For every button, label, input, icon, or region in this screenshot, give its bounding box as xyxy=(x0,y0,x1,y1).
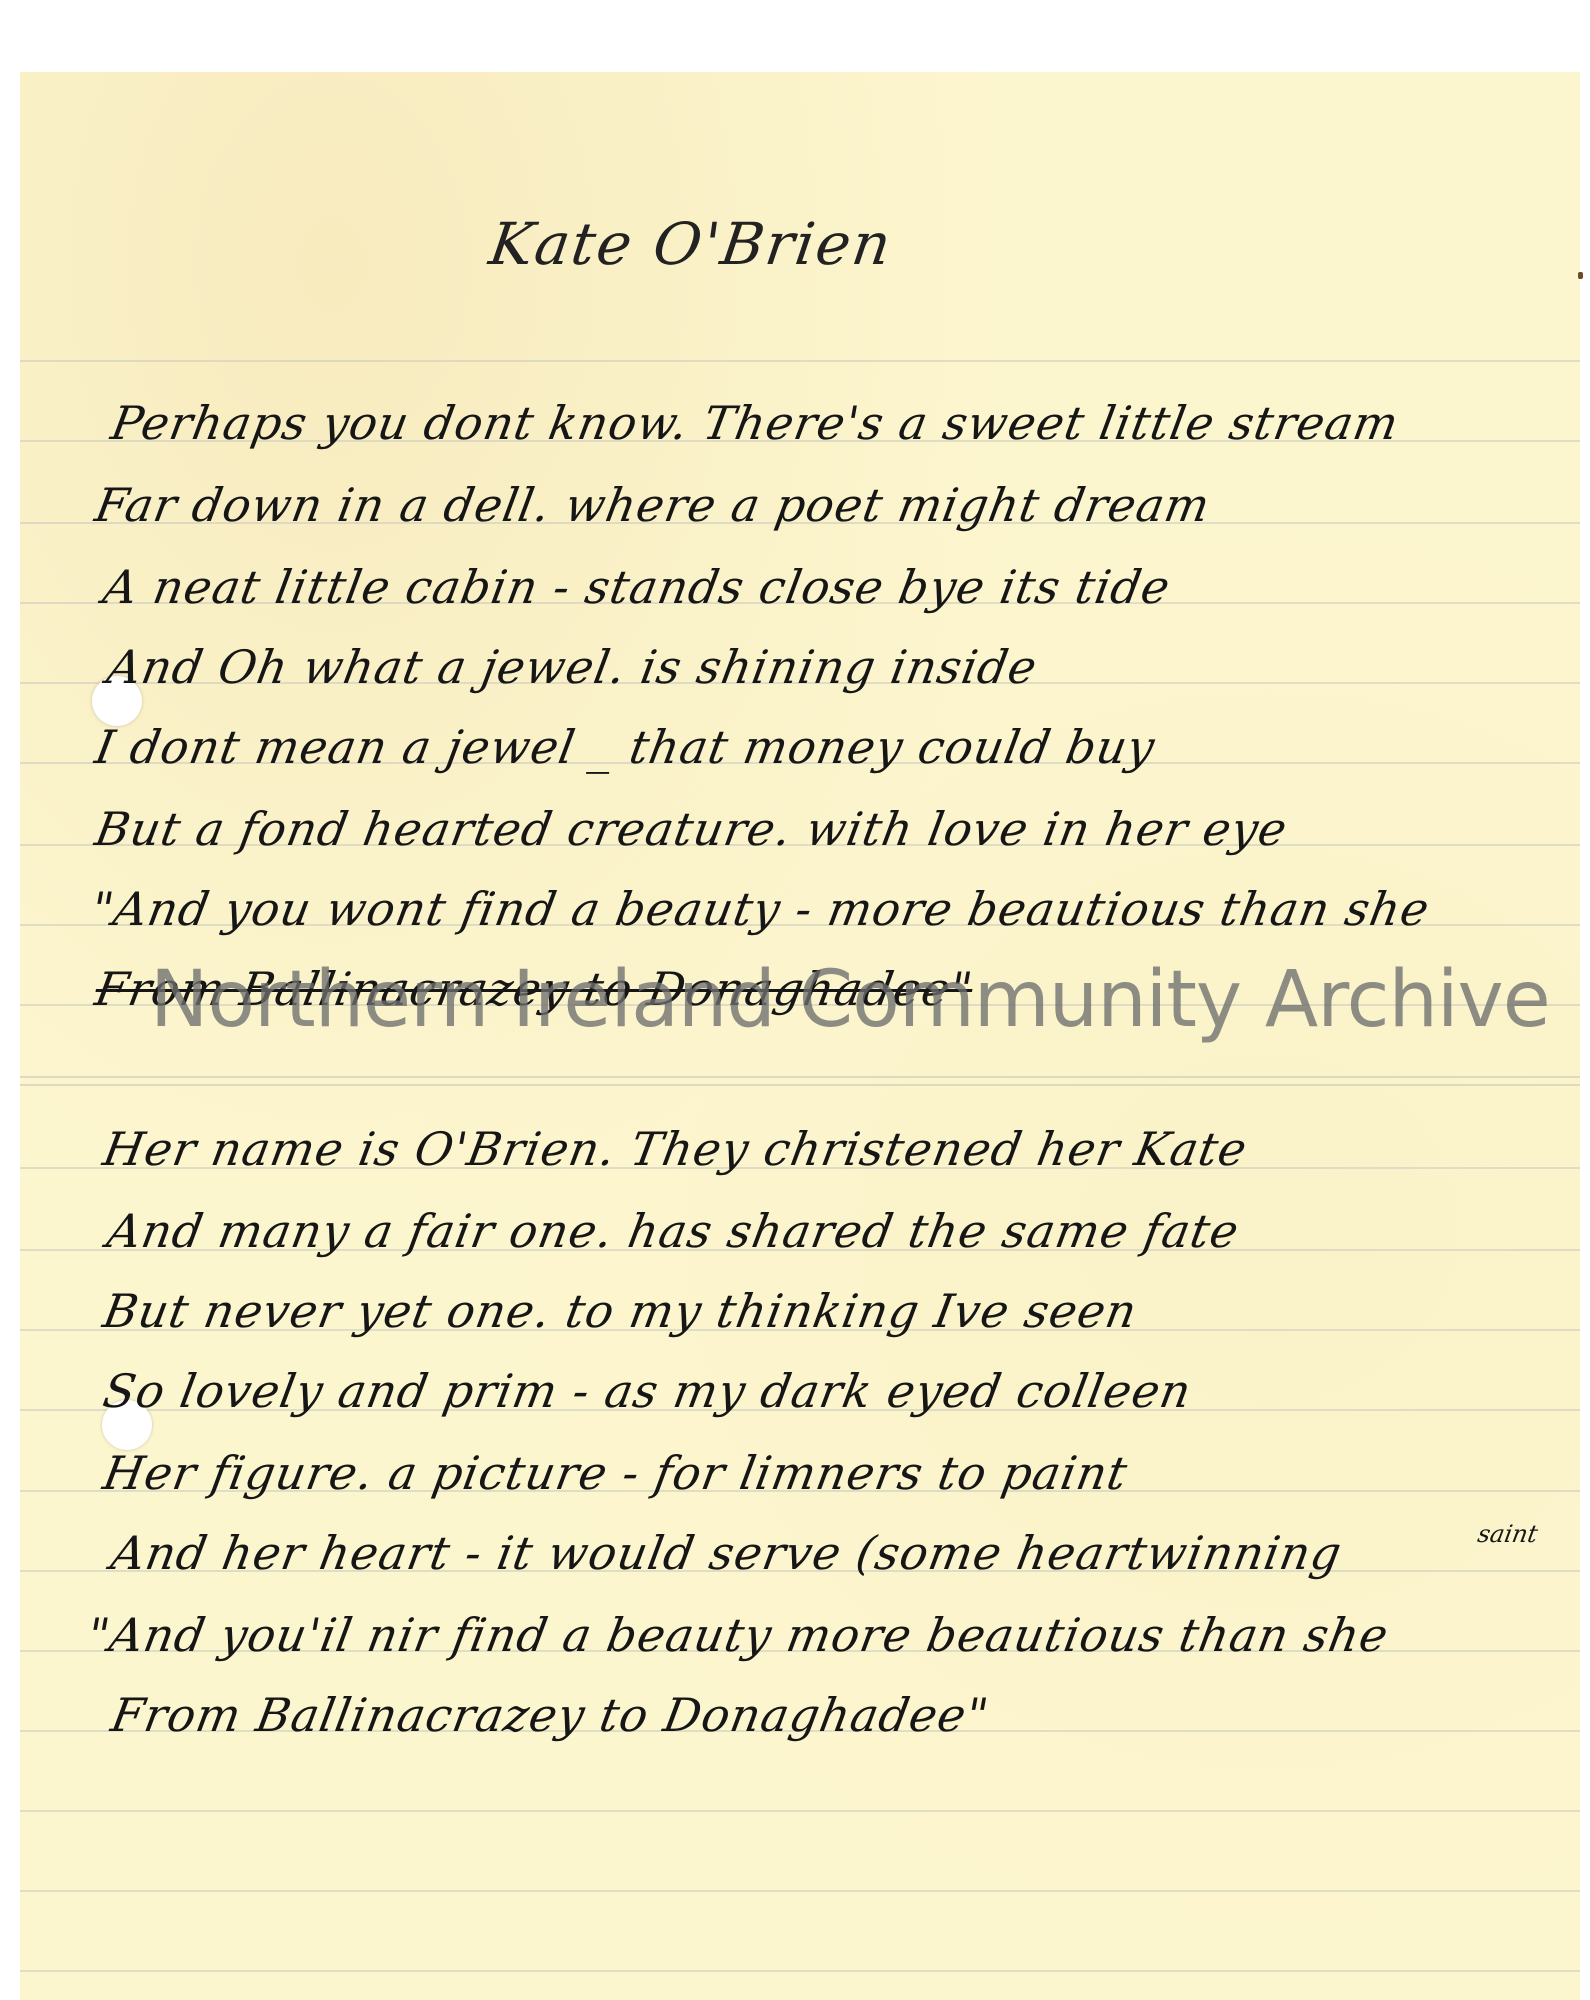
poem-line: From Ballinacrazey to Donaghadee" xyxy=(108,1692,993,1738)
poem-line: Perhaps you dont know. There's a sweet l… xyxy=(108,400,1403,446)
poem-line: I dont mean a jewel _ that money could b… xyxy=(92,724,1159,770)
fold-line xyxy=(20,1076,1580,1086)
poem-line: "And you wont find a beauty - more beaut… xyxy=(88,886,1433,932)
poem-line: Far down in a dell. where a poet might d… xyxy=(92,482,1214,528)
poem-line: A neat little cabin - stands close bye i… xyxy=(100,564,1174,610)
poem-title: Kate O'Brien xyxy=(485,210,897,278)
poem-line: Her figure. a picture - for limners to p… xyxy=(100,1450,1131,1496)
poem-line: But a fond hearted creature. with love i… xyxy=(92,806,1291,852)
ruled-line xyxy=(20,1970,1580,1972)
poem-line: And many a fair one. has shared the same… xyxy=(104,1208,1243,1254)
poem-line: And Oh what a jewel. is shining inside xyxy=(104,644,1041,690)
poem-line: Her name is O'Brien. They christened her… xyxy=(100,1126,1251,1172)
archive-watermark: Northern Ireland Community Archive xyxy=(150,955,1550,1045)
poem-line: And her heart - it would serve (some hea… xyxy=(108,1530,1346,1576)
ruled-line xyxy=(20,1890,1580,1892)
poem-line: But never yet one. to my thinking Ive se… xyxy=(100,1288,1141,1334)
poem-line: So lovely and prim - as my dark eyed col… xyxy=(100,1368,1195,1414)
ink-speck xyxy=(1578,272,1583,279)
inserted-word: saint xyxy=(1476,1520,1540,1548)
ruled-line xyxy=(20,360,1580,362)
poem-line: "And you'il nir find a beauty more beaut… xyxy=(84,1612,1392,1658)
ruled-line xyxy=(20,1810,1580,1812)
